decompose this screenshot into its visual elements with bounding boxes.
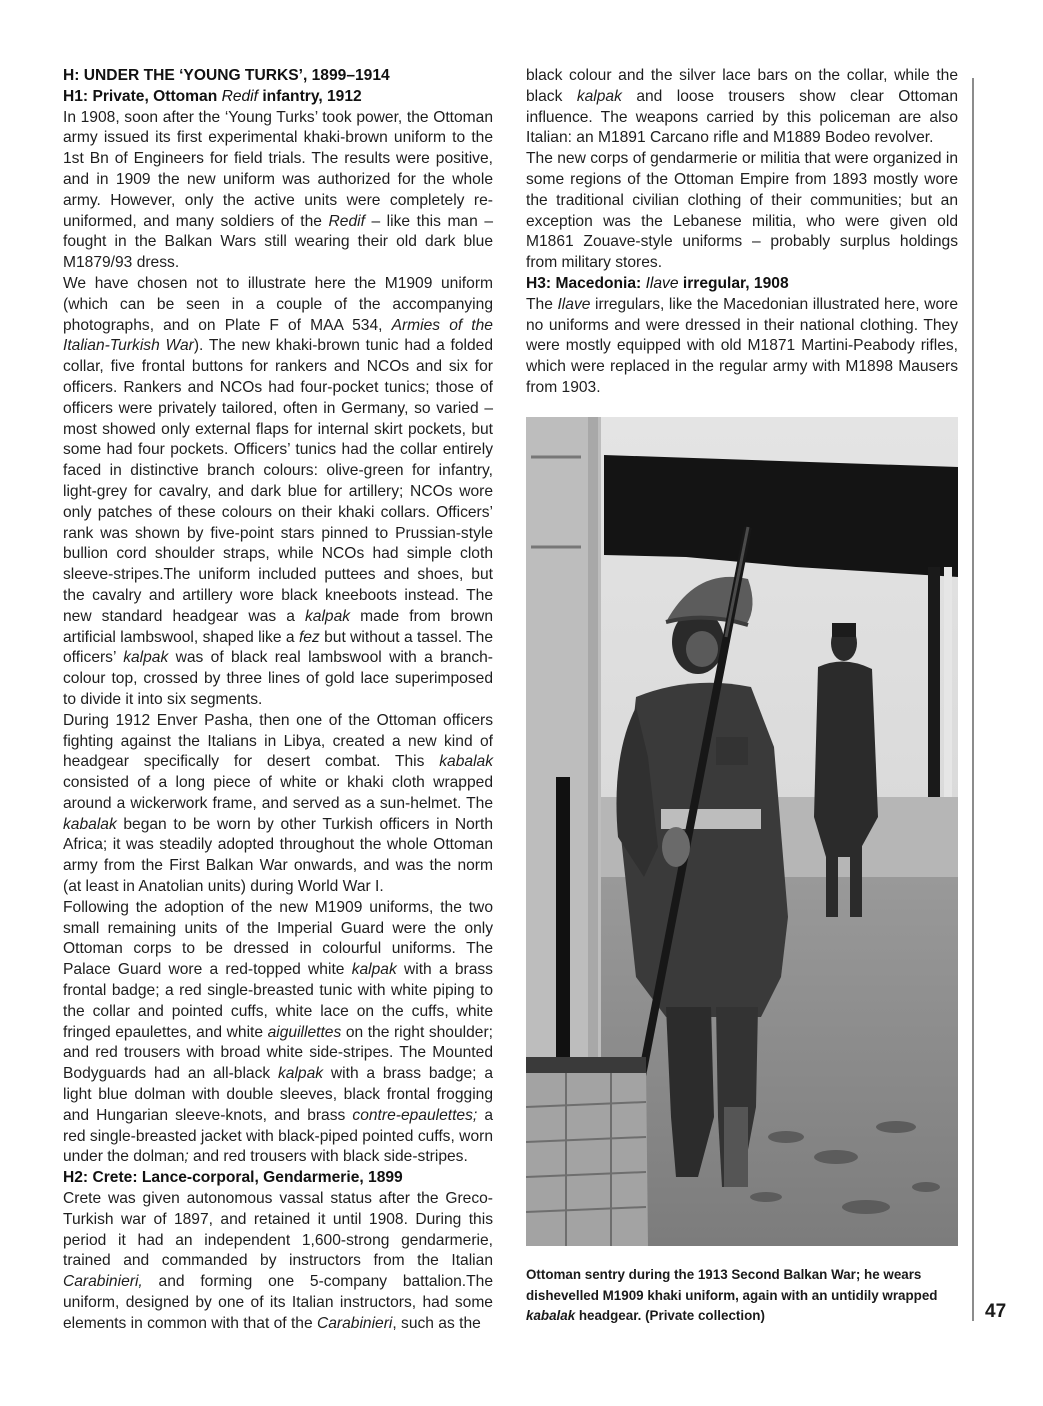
h1-heading: H1: Private, Ottoman Redif infantry, 191… [63,87,493,108]
italic-term: kalpak [278,1065,323,1082]
italic-term: kabalak [439,753,493,770]
italic-term: kalpak [305,608,350,625]
section-title: H: UNDER THE ‘YOUNG TURKS’, 1899–1914 [63,66,493,87]
italic-term: contre-epaulettes; [352,1107,477,1124]
h1-paragraph-3: During 1912 Enver Pasha, then one of the… [63,711,493,898]
italic-term: kalpak [123,649,168,666]
italic-term: kabalak [63,816,117,833]
text-run: began to be worn by other Turkish office… [63,816,493,895]
italic-term: Ilave [557,296,590,313]
photo-illustration [526,417,958,1246]
h1-heading-italic: Redif [222,88,258,105]
h2-heading: H2: Crete: Lance-corporal, Gendarmerie, … [63,1168,493,1189]
text-run: During 1912 Enver Pasha, then one of the… [63,712,493,771]
h3-heading: H3: Macedonia: Ilave irregular, 1908 [526,274,958,295]
text-run: irregulars, like the Macedonian illustra… [526,296,958,396]
italic-term: kalpak [352,961,397,978]
h3-paragraph-1: The Ilave irregulars, like the Macedonia… [526,295,958,399]
margin-rule [972,78,974,1321]
h3-heading-italic: Ilave [646,275,679,292]
italic-term: Carabinieri, [63,1273,143,1290]
h1-paragraph-2: We have chosen not to illustrate here th… [63,274,493,711]
italic-term: fez [299,629,320,646]
h3-heading-text-end: irregular, 1908 [679,275,789,292]
h1-heading-text: H1: Private, Ottoman [63,88,222,105]
caption-text: Ottoman sentry during the 1913 Second Ba… [526,1267,937,1303]
h2-paragraph-1: Crete was given autonomous vassal status… [63,1189,493,1335]
text-run: Crete was given autonomous vassal status… [63,1190,493,1269]
text-run: The [526,296,557,313]
italic-term: Redif [329,213,365,230]
text-run: consisted of a long piece of white or kh… [63,774,493,812]
h1-paragraph-1: In 1908, soon after the ‘Young Turks’ to… [63,108,493,274]
h3-heading-text: H3: Macedonia: [526,275,646,292]
right-column: black colour and the silver lace bars on… [526,66,958,399]
h2-paragraph-2: The new corps of gendarmerie or militia … [526,149,958,274]
italic-term: kalpak [577,88,622,105]
text-run: and red trousers with black side-stripes… [189,1148,468,1165]
h1-heading-text-end: infantry, 1912 [258,88,362,105]
italic-term: Carabinieri [317,1315,392,1332]
photo-caption: Ottoman sentry during the 1913 Second Ba… [526,1265,966,1327]
text-run: In 1908, soon after the ‘Young Turks’ to… [63,109,493,230]
italic-term: aiguillettes [268,1024,342,1041]
left-column: H: UNDER THE ‘YOUNG TURKS’, 1899–1914 H1… [63,66,493,1335]
sentry-photograph [526,417,958,1246]
page-number: 47 [985,1301,1006,1323]
h1-paragraph-4: Following the adoption of the new M1909 … [63,898,493,1168]
text-run: ). The new khaki-brown tunic had a folde… [63,337,493,624]
caption-text-end: headgear. (Private collection) [575,1308,765,1323]
h2-paragraph-1-continued: black colour and the silver lace bars on… [526,66,958,149]
text-run: , such as the [392,1315,480,1332]
caption-italic-term: kabalak [526,1308,575,1323]
